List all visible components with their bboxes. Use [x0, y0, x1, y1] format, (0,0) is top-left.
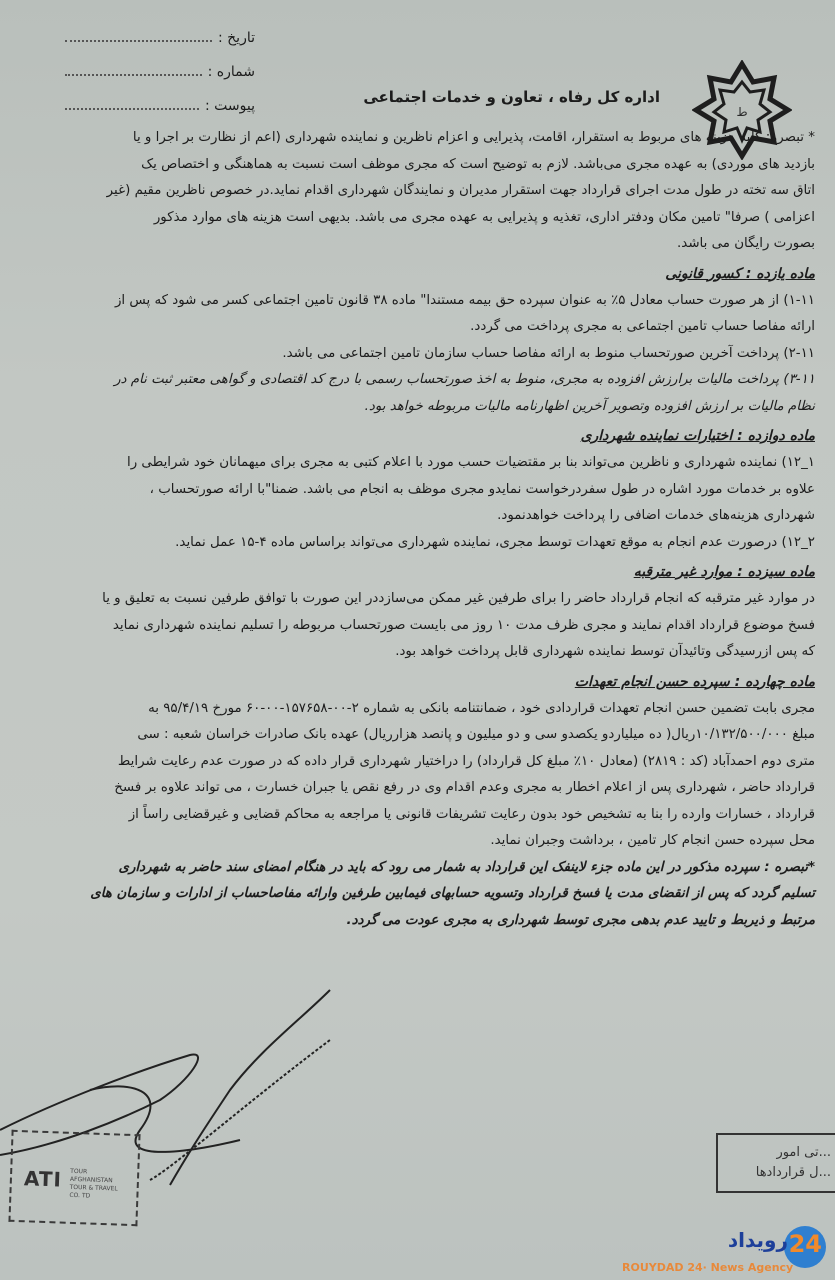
text-line: بازدید های موردی) به عهده مجری می‌باشد. …: [18, 152, 815, 179]
text-line: ارائه مفاصا حساب تامین اجتماعی به مجری پ…: [18, 314, 815, 341]
number-field: شماره :: [65, 64, 255, 98]
watermark-number: 24: [789, 1230, 822, 1258]
text-line: اعزامی ) صرفا" تامین مکان ودفتر اداری، ت…: [18, 205, 815, 232]
text-line: ۲-۱۱) پرداخت آخرین صورتحساب منوط به ارائ…: [18, 341, 815, 368]
text-line: متری دوم احمدآباد (کد : ۲۸۱۹) (معادل ۱۰٪…: [18, 749, 815, 776]
dotted-line: [65, 39, 212, 42]
header-fields: تاریخ : شماره : پیوست :: [65, 30, 255, 132]
stamp-line: ...ل قراردادها: [718, 1163, 831, 1183]
text-line: در موارد غیر مترقبه که انجام قرارداد حاض…: [18, 586, 815, 613]
text-line: قرارداد حاضر ، شهرداری پس از اعلام اخطار…: [18, 775, 815, 802]
document-body: * تبصره: کلیه هزینه های مربوط به استقرار…: [18, 125, 815, 934]
text-line: قرارداد ، خسارات وارده را بنا به تشخیص خ…: [18, 802, 815, 829]
organization-title: اداره کل رفاه ، تعاون و خدمات اجتماعی: [363, 88, 660, 106]
text-line: بصورت رایگان می باشد.: [18, 231, 815, 258]
text-line: * تبصره: کلیه هزینه های مربوط به استقرار…: [18, 125, 815, 152]
text-line: تسلیم گردد که پس از انقضای مدت یا فسخ قر…: [18, 881, 815, 908]
department-stamp: ...تی امور ...ل قراردادها: [716, 1133, 835, 1193]
note-text: سپرده مذکور در این ماده جزء لاینفک این ق…: [118, 860, 759, 875]
stamp-english-text: TOUR AFGHANISTAN TOUR & TRAVEL CO. TD: [69, 1168, 130, 1202]
date-label: تاریخ :: [218, 30, 255, 46]
date-field: تاریخ :: [65, 30, 255, 64]
text-line: ۲_۱۲) درصورت عدم انجام به موقع تعهدات تو…: [18, 530, 815, 557]
note-label: *تبصره :: [764, 860, 815, 875]
section-heading: ماده دوازده : اختیارات نماینده شهرداری: [18, 422, 815, 450]
document-page: تاریخ : شماره : پیوست : اداره کل رفاه ، …: [0, 0, 835, 1280]
watermark-persian-text: رویداد: [728, 1228, 788, 1252]
section-heading: ماده چهارده : سپرده حسن انجام تعهدات: [18, 668, 815, 696]
section-article-13: ماده سیزده : موارد غیر مترقبه در موارد غ…: [18, 558, 815, 666]
dotted-line: [65, 73, 202, 76]
text-line: که پس ازرسیدگی وتائیدآن توسط نماینده شهر…: [18, 639, 815, 666]
text-line: فسخ موضوع قرارداد اقدام نمایند و مجری ظر…: [18, 613, 815, 640]
intro-note: * تبصره: کلیه هزینه های مربوط به استقرار…: [18, 125, 815, 258]
section-article-11: ماده یازده : کسور قانونی ۱-۱۱) از هر صور…: [18, 260, 815, 421]
company-stamp: ATI TOUR AFGHANISTAN TOUR & TRAVEL CO. T…: [8, 1130, 140, 1226]
section-article-12: ماده دوازده : اختیارات نماینده شهرداری ۱…: [18, 422, 815, 556]
text-line: مرتبط و ذیربط و تایید عدم بدهی مجری توسط…: [18, 908, 815, 935]
text-line: اتاق سه تخته در طول مدت اجرای قرارداد جه…: [18, 178, 815, 205]
svg-text:ط: ط: [736, 105, 747, 119]
text-line: نظام مالیات بر ارزش افزوده وتصویر آخرین …: [18, 394, 815, 421]
text-line: ۱_۱۲) نماینده شهرداری و ناظرین می‌تواند …: [18, 450, 815, 477]
text-line: شهرداری هزینه‌های خدمات اضافی را پرداخت …: [18, 503, 815, 530]
watermark-text: ROUYDAD 24· News Agency: [622, 1261, 793, 1274]
text-line: مبلغ ۱۰/۱۳۲/۵۰۰/۰۰۰ریال( ده میلیاردو یکص…: [18, 722, 815, 749]
text-line: محل سپرده حسن انجام کار تامین ، برداشت و…: [18, 828, 815, 855]
attachment-label: پیوست :: [205, 98, 255, 114]
text-line: مجری بابت تضمین حسن انجام تعهدات قرارداد…: [18, 696, 815, 723]
section-article-14: ماده چهارده : سپرده حسن انجام تعهدات مجر…: [18, 668, 815, 855]
text-line: *تبصره : سپرده مذکور در این ماده جزء لای…: [18, 855, 815, 882]
stamp-line: ...تی امور: [718, 1143, 831, 1163]
stamp-logo-text: ATI: [24, 1166, 63, 1191]
news-agency-watermark: 24 رویداد ROUYDAD 24· News Agency: [622, 1226, 832, 1278]
number-label: شماره :: [208, 64, 255, 80]
section-heading: ماده سیزده : موارد غیر مترقبه: [18, 558, 815, 586]
guarantee-note: *تبصره : سپرده مذکور در این ماده جزء لای…: [18, 855, 815, 935]
dotted-line: [65, 107, 199, 110]
section-heading: ماده یازده : کسور قانونی: [18, 260, 815, 288]
text-line: ۱-۱۱) از هر صورت حساب معادل ۵٪ به عنوان …: [18, 288, 815, 315]
text-line: علاوه بر خدمات مورد اشاره در طول سفردرخو…: [18, 477, 815, 504]
text-line: ۳-۱۱) پرداخت مالیات برارزش افزوده به مجر…: [18, 367, 815, 394]
